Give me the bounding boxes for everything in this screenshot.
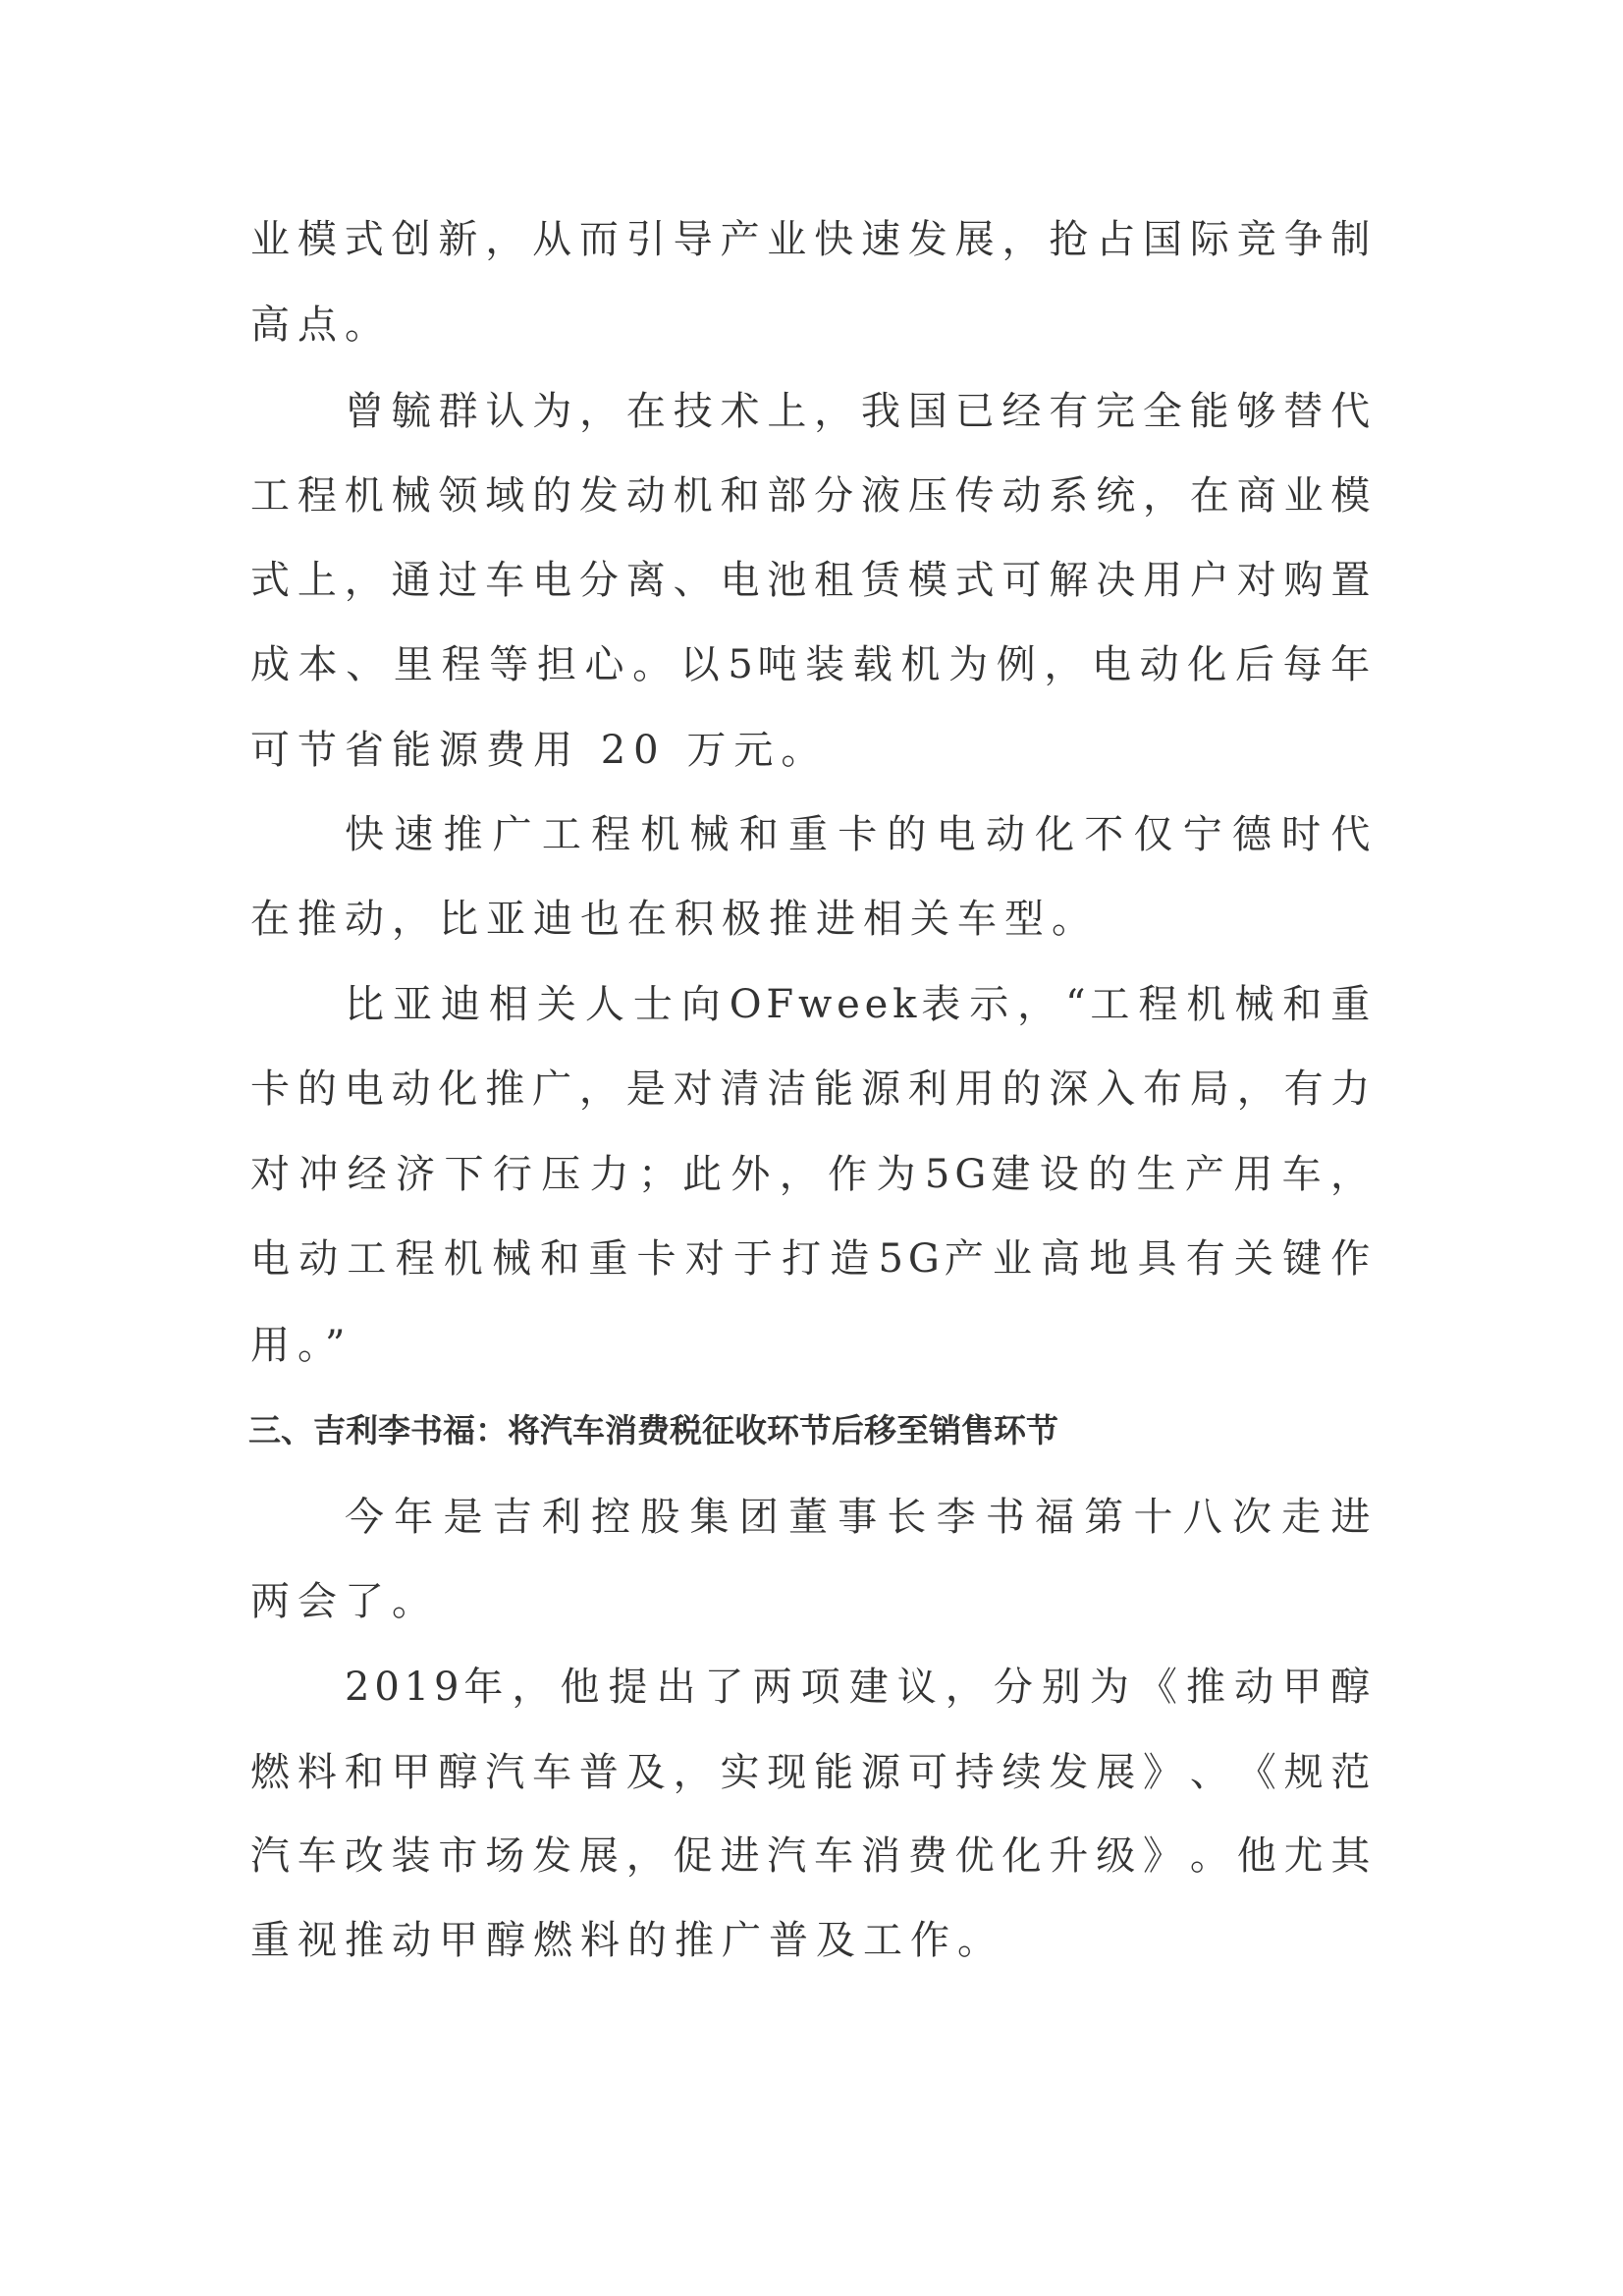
paragraph-first-line: 曾 毓 群 认 为 ， 在 技 术 上 ， 我 国 已 经 有 完 全 能 够 … [345,387,1370,436]
paragraph-line: 业 模 式 创 新 ， 从 而 引 导 产 业 快 速 发 展 ， 抢 占 国 … [250,215,1370,264]
paragraph-line: 汽 车 改 装 市 场 发 展 ， 促 进 汽 车 消 费 优 化 升 级 》 … [250,1831,1370,1881]
paragraph-line: 高点。 [250,301,1370,350]
paragraph-line: 可节省能源费用 20 万元。 [250,726,1370,775]
paragraph-first-line: 快 速 推 广 工 程 机 械 和 重 卡 的 电 动 化 不 仅 宁 德 时 … [345,810,1370,859]
paragraph-line: 在推动，比亚迪也在积极推进相关车型。 [250,895,1370,944]
paragraph-line: 式 上 ， 通 过 车 电 分 离 、 电 池 租 赁 模 式 可 解 决 用 … [250,556,1370,605]
paragraph-line: 对 冲 经 济 下 行 压 力 ； 此 外 ， 作 为 5 G 建 设 的 生 … [250,1150,1370,1199]
paragraph-line: 用。” [250,1321,1370,1370]
paragraph-line: 成 本 、 里 程 等 担 心 。 以 5 吨 装 载 机 为 例 ， 电 动 … [250,640,1370,689]
paragraph-line: 电 动 工 程 机 械 和 重 卡 对 于 打 造 5 G 产 业 高 地 具 … [250,1234,1370,1284]
paragraph-line: 工 程 机 械 领 域 的 发 动 机 和 部 分 液 压 传 动 系 统 ， … [250,471,1370,520]
paragraph-first-line: 今 年 是 吉 利 控 股 集 团 董 事 长 李 书 福 第 十 八 次 走 … [345,1493,1370,1542]
paragraph-line: 燃 料 和 甲 醇 汽 车 普 及 ， 实 现 能 源 可 持 续 发 展 》 … [250,1748,1370,1797]
paragraph-line: 卡 的 电 动 化 推 广 ， 是 对 清 洁 能 源 利 用 的 深 入 布 … [250,1065,1370,1114]
paragraph-first-line: 2 0 1 9 年 ， 他 提 出 了 两 项 建 议 ， 分 别 为 《 推 … [345,1663,1370,1712]
paragraph-line: 两会了。 [250,1577,1370,1626]
paragraph-line: 重视推动甲醇燃料的推广普及工作。 [250,1916,1370,1965]
section-heading: 三、吉利李书福：将汽车消费税征收环节后移至销售环节 [248,1408,1058,1453]
paragraph-first-line: 比 亚 迪 相 关 人 士 向 O F w e e k 表 示 ， “ 工 程 … [345,980,1370,1029]
document-page: 业 模 式 创 新 ， 从 而 引 导 产 业 快 速 发 展 ， 抢 占 国 … [0,0,1623,2296]
